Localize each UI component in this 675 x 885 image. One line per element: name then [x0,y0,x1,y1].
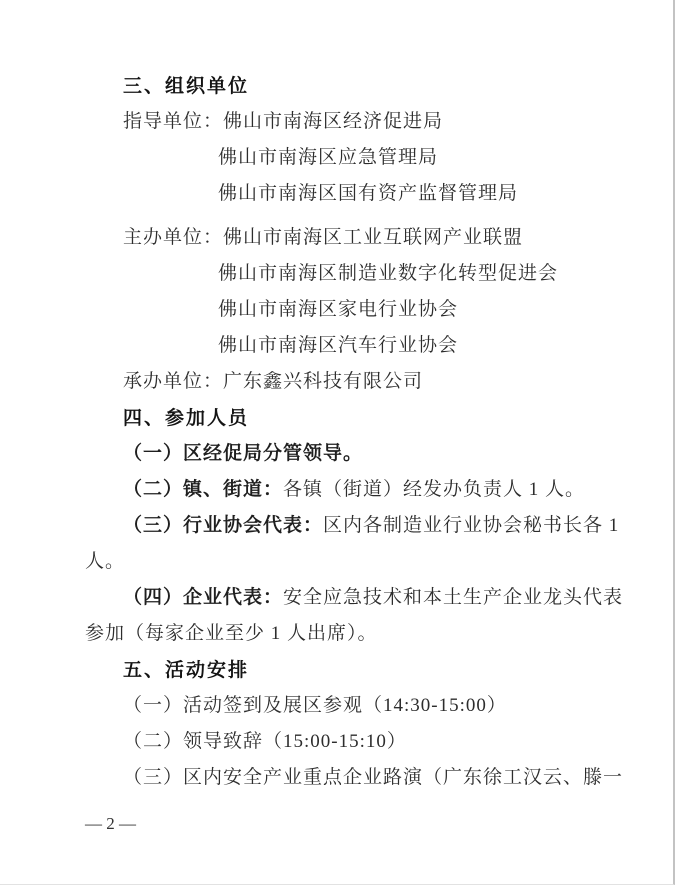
item-label: （三）行业协会代表： [123,515,323,536]
section-heading-participants: 四、参加人员 [85,400,593,436]
page-number: — 2 — [85,810,593,838]
paragraph-line: 承办单位：广东鑫兴科技有限公司 [85,364,593,400]
guidance-unit: 佛山市南海区国有资产监督管理局 [85,176,593,212]
host-label: 主办单位： [123,227,223,248]
participant-item: （一）区经促局分管领导。 [85,436,593,472]
paragraph-line: 指导单位：佛山市南海区经济促进局 [85,104,593,140]
participant-item: （二）镇、街道：各镇（街道）经发办负责人 1 人。 [85,472,593,508]
paragraph-line: 主办单位：佛山市南海区工业互联网产业联盟 [85,220,593,256]
organizer-unit: 广东鑫兴科技有限公司 [223,371,423,392]
participant-item: （三）行业协会代表：区内各制造业行业协会秘书长各 1 [85,508,593,544]
schedule-item: （三）区内安全产业重点企业路演（广东徐工汉云、滕一 [85,760,593,796]
item-label: （一）区经促局分管领导。 [123,443,363,464]
guidance-label: 指导单位： [123,111,223,132]
item-text: 参加（每家企业至少 1 人出席）。 [85,623,378,644]
participant-item-continuation: 人。 [85,544,593,580]
schedule-item: （二）领导致辞（15:00-15:10） [85,724,593,760]
schedule-list: （一）活动签到及展区参观（14:30-15:00） （二）领导致辞（15:00-… [85,688,593,796]
item-text: 区内各制造业行业协会秘书长各 1 [323,515,619,536]
host-unit: 佛山市南海区家电行业协会 [85,292,593,328]
document-content: 三、组织单位 指导单位：佛山市南海区经济促进局 佛山市南海区应急管理局 佛山市南… [0,0,673,838]
guidance-unit: 佛山市南海区经济促进局 [223,111,443,132]
section-heading-schedule: 五、活动安排 [85,652,593,688]
item-text: 安全应急技术和本土生产企业龙头代表 [283,587,623,608]
item-text: 人。 [85,551,125,572]
item-text: 各镇（街道）经发办负责人 1 人。 [283,479,585,500]
organizer-group: 承办单位：广东鑫兴科技有限公司 [85,364,593,400]
organizer-label: 承办单位： [123,371,223,392]
participants-list: （一）区经促局分管领导。 （二）镇、街道：各镇（街道）经发办负责人 1 人。 （… [85,436,593,652]
host-unit: 佛山市南海区工业互联网产业联盟 [223,227,523,248]
document-page: 三、组织单位 指导单位：佛山市南海区经济促进局 佛山市南海区应急管理局 佛山市南… [0,0,675,885]
item-label: （二）镇、街道： [123,479,283,500]
host-unit: 佛山市南海区制造业数字化转型促进会 [85,256,593,292]
host-units-group: 主办单位：佛山市南海区工业互联网产业联盟 佛山市南海区制造业数字化转型促进会 佛… [85,220,593,364]
schedule-item: （一）活动签到及展区参观（14:30-15:00） [85,688,593,724]
participant-item-continuation: 参加（每家企业至少 1 人出席）。 [85,616,593,652]
section-heading-org: 三、组织单位 [85,68,593,104]
participant-item: （四）企业代表：安全应急技术和本土生产企业龙头代表 [85,580,593,616]
item-label: （四）企业代表： [123,587,283,608]
guidance-unit: 佛山市南海区应急管理局 [85,140,593,176]
host-unit: 佛山市南海区汽车行业协会 [85,328,593,364]
guidance-units-group: 指导单位：佛山市南海区经济促进局 佛山市南海区应急管理局 佛山市南海区国有资产监… [85,104,593,212]
